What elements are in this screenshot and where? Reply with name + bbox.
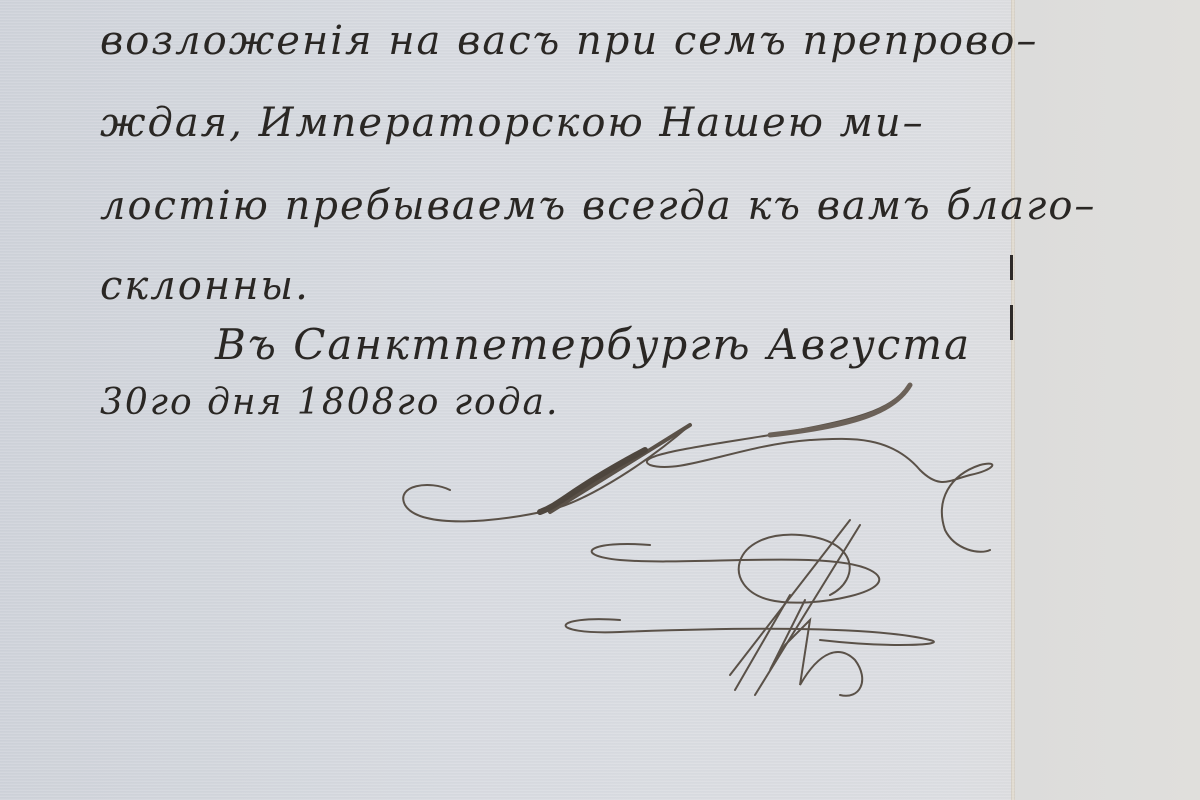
ink-mark: [1010, 305, 1013, 340]
signature-flourish: [390, 380, 1010, 730]
place-line: Въ Санктпетербургѣ Августа: [215, 320, 971, 369]
adjacent-page: [1015, 0, 1200, 800]
text-line-2: ждая, Императорскою Нашею ми–: [100, 100, 925, 146]
page-fold: [1011, 0, 1015, 800]
text-line-4: склонны.: [100, 263, 310, 309]
text-line-1: возложенія на васъ при семъ препрово–: [100, 18, 1038, 64]
ink-mark: [1010, 255, 1013, 280]
text-line-3: лостію пребываемъ всегда къ вамъ благо–: [100, 183, 1096, 229]
